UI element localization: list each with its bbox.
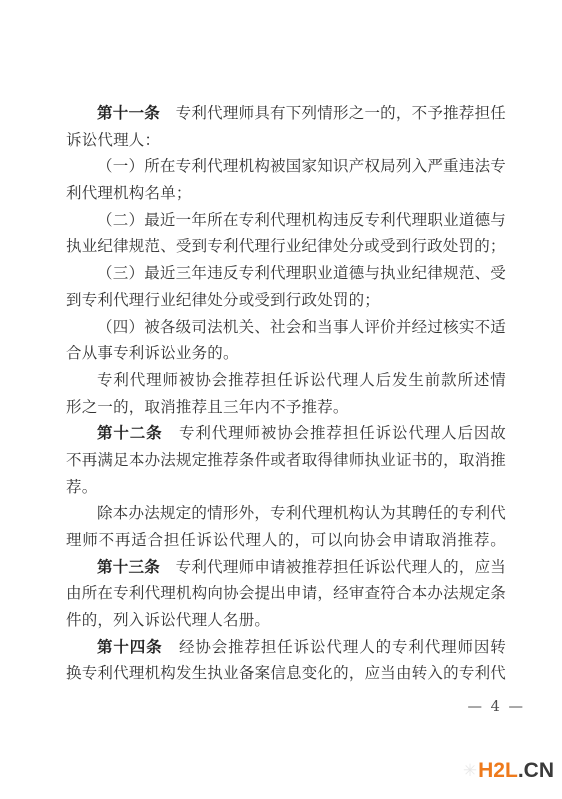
doc-text: 除本办法规定的情形外，专利代理机构认为其聘任的专利代 xyxy=(97,504,506,522)
doc-line: 利代理机构名单； xyxy=(66,180,506,207)
doc-line: （二）最近一年所在专利代理机构违反专利代理职业道德与 xyxy=(66,207,506,234)
article-number: 第十二条 xyxy=(97,423,163,442)
doc-line: （三）最近三年违反专利代理职业道德与执业纪律规范、受 xyxy=(66,260,506,287)
doc-text: 诉讼代理人： xyxy=(66,131,160,149)
watermark-logo-icon: ✳ xyxy=(463,757,477,785)
doc-line: （一）所在专利代理机构被国家知识产权局列入严重违法专 xyxy=(66,153,506,180)
doc-text: 理师不再适合担任诉讼代理人的，可以向协会申请取消推荐。 xyxy=(66,531,506,549)
doc-line: 合从事专利诉讼业务的。 xyxy=(66,340,506,367)
doc-line: 荐。 xyxy=(66,474,506,501)
doc-line: （四）被各级司法机关、社会和当事人评价并经过核实不适 xyxy=(66,314,506,341)
doc-text: 件的，列入诉讼代理人名册。 xyxy=(66,611,270,629)
doc-text: （四）被各级司法机关、社会和当事人评价并经过核实不适 xyxy=(97,318,506,336)
doc-line: 不再满足本办法规定推荐条件或者取得律师执业证书的，取消推 xyxy=(66,447,506,474)
doc-text: 合从事专利诉讼业务的。 xyxy=(66,344,239,362)
doc-line: 换专利代理机构发生执业备案信息变化的，应当由转入的专利代 xyxy=(66,660,506,687)
doc-line: 第十二条 专利代理师被协会推荐担任诉讼代理人后因故 xyxy=(66,420,506,447)
doc-line: 第十三条 专利代理师申请被推荐担任诉讼代理人的，应当 xyxy=(66,554,506,581)
article-number: 第十三条 xyxy=(97,557,160,576)
doc-text: 不再满足本办法规定推荐条件或者取得律师执业证书的，取消推 xyxy=(66,451,506,469)
article-number: 第十四条 xyxy=(97,637,163,656)
watermark-secondary-text: .CN xyxy=(518,759,554,782)
doc-text: 专利代理师被协会推荐担任诉讼代理人后发生前款所述情 xyxy=(97,371,506,389)
doc-line: 第十一条 专利代理师具有下列情形之一的，不予推荐担任 xyxy=(66,100,506,127)
doc-line: 由所在专利代理机构向协会提出申请，经审查符合本办法规定条 xyxy=(66,580,506,607)
article-number: 第十一条 xyxy=(97,103,160,122)
doc-text: 由所在专利代理机构向协会提出申请，经审查符合本办法规定条 xyxy=(66,584,506,602)
document-body: 第十一条 专利代理师具有下列情形之一的，不予推荐担任诉讼代理人：（一）所在专利代… xyxy=(66,100,506,687)
watermark-primary-text: H2L xyxy=(478,759,518,782)
doc-line: 件的，列入诉讼代理人名册。 xyxy=(66,607,506,634)
doc-text: （二）最近一年所在专利代理机构违反专利代理职业道德与 xyxy=(97,211,506,229)
doc-text: 形之一的，取消推荐且三年内不予推荐。 xyxy=(66,398,349,416)
doc-text: 专利代理师申请被推荐担任诉讼代理人的，应当 xyxy=(160,558,506,576)
doc-text: 到专利代理行业纪律处分或受到行政处罚的； xyxy=(66,291,380,309)
doc-line: 诉讼代理人： xyxy=(66,127,506,154)
scanned-document-page: 第十一条 专利代理师具有下列情形之一的，不予推荐担任诉讼代理人：（一）所在专利代… xyxy=(0,0,562,799)
doc-text: （一）所在专利代理机构被国家知识产权局列入严重违法专 xyxy=(97,157,506,175)
doc-text: 利代理机构名单； xyxy=(66,184,192,202)
doc-line: 形之一的，取消推荐且三年内不予推荐。 xyxy=(66,394,506,421)
doc-text: 专利代理师具有下列情形之一的，不予推荐担任 xyxy=(160,104,506,122)
doc-text: （三）最近三年违反专利代理职业道德与执业纪律规范、受 xyxy=(97,264,506,282)
doc-text: 经协会推荐担任诉讼代理人的专利代理师因转 xyxy=(163,638,506,656)
doc-text: 荐。 xyxy=(66,478,97,496)
doc-line: 到专利代理行业纪律处分或受到行政处罚的； xyxy=(66,287,506,314)
site-watermark: ✳H2L.CN xyxy=(463,757,554,785)
doc-text: 执业纪律规范、受到专利代理行业纪律处分或受到行政处罚的； xyxy=(66,237,506,255)
doc-line: 理师不再适合担任诉讼代理人的，可以向协会申请取消推荐。 xyxy=(66,527,506,554)
doc-line: 专利代理师被协会推荐担任诉讼代理人后发生前款所述情 xyxy=(66,367,506,394)
doc-text: 换专利代理机构发生执业备案信息变化的，应当由转入的专利代 xyxy=(66,664,506,682)
doc-line: 除本办法规定的情形外，专利代理机构认为其聘任的专利代 xyxy=(66,500,506,527)
page-number: — 4 — xyxy=(468,699,525,715)
doc-line: 第十四条 经协会推荐担任诉讼代理人的专利代理师因转 xyxy=(66,634,506,661)
doc-text: 专利代理师被协会推荐担任诉讼代理人后因故 xyxy=(163,424,506,442)
doc-line: 执业纪律规范、受到专利代理行业纪律处分或受到行政处罚的； xyxy=(66,233,506,260)
